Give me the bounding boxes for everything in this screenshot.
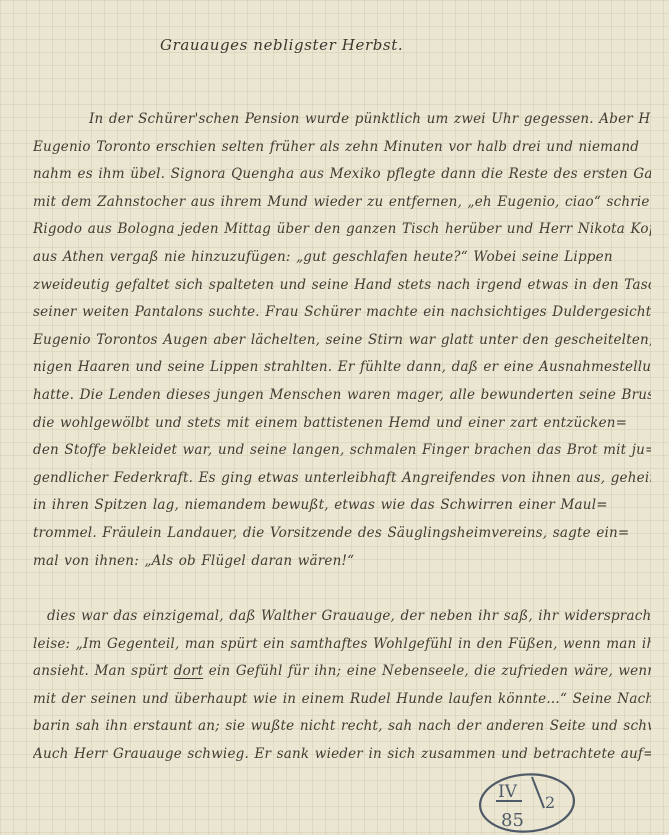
- archive-stamp-circle-icon: IV 2 85: [476, 772, 578, 835]
- manuscript-line: die wohlgewölbt und stets mit einem batt…: [33, 410, 651, 438]
- stamp-numerator: IV: [498, 782, 518, 802]
- manuscript-line: barin sah ihn erstaunt an; sie wußte nic…: [33, 713, 651, 741]
- manuscript-line: Eugenio Torontos Augen aber lächelten, s…: [33, 327, 651, 355]
- manuscript-line: Rigodo aus Bologna jeden Mittag über den…: [33, 216, 651, 244]
- manuscript-line: den Stoffe bekleidet war, und seine lang…: [33, 437, 651, 465]
- manuscript-line: In der Schürer'schen Pension wurde pünkt…: [33, 106, 651, 134]
- manuscript-line: ansieht. Man spürt dort ein Gefühl für i…: [33, 658, 651, 686]
- manuscript-line: aus Athen vergaß nie hinzuzufügen: „gut …: [33, 244, 651, 272]
- manuscript-line: mit dem Zahnstocher aus ihrem Mund wiede…: [33, 189, 651, 217]
- manuscript-line: nigen Haaren und seine Lippen strahlten.…: [33, 354, 651, 382]
- manuscript-line: zweideutig gefaltet sich spalteten und s…: [33, 272, 651, 300]
- manuscript-line: seiner weiten Pantalons suchte. Frau Sch…: [33, 299, 651, 327]
- manuscript-line: trommel. Fräulein Landauer, die Vorsitze…: [33, 520, 651, 548]
- stamp-denominator: 2: [545, 793, 555, 812]
- manuscript-line: Auch Herr Grauauge schwieg. Er sank wied…: [33, 741, 651, 769]
- manuscript-line: nahm es ihm übel. Signora Quengha aus Me…: [33, 161, 651, 189]
- manuscript-line: Eugenio Toronto erschien selten früher a…: [33, 134, 651, 162]
- paragraph: In der Schürer'schen Pension wurde pünkt…: [33, 106, 651, 575]
- paragraph: dies war das einzigemal, daß Walther Gra…: [33, 603, 651, 769]
- archive-stamp: IV 2 85: [476, 772, 578, 835]
- manuscript-line: gendlicher Federkraft. Es ging etwas unt…: [33, 465, 651, 493]
- manuscript-title: Grauauges nebligster Herbst.: [0, 0, 669, 54]
- manuscript-line: leise: „Im Gegenteil, man spürt ein samt…: [33, 631, 651, 659]
- manuscript-line: mit der seinen und überhaupt wie in eine…: [33, 686, 651, 714]
- stamp-bottom-number: 85: [501, 810, 524, 831]
- manuscript-line: mal von ihnen: „Als ob Flügel daran wäre…: [33, 548, 651, 576]
- manuscript-line: dies war das einzigemal, daß Walther Gra…: [33, 603, 651, 631]
- manuscript-page: Grauauges nebligster Herbst. In der Schü…: [0, 0, 669, 835]
- manuscript-line: in ihren Spitzen lag, niemandem bewußt, …: [33, 492, 651, 520]
- manuscript-line: hatte. Die Lenden dieses jungen Menschen…: [33, 382, 651, 410]
- manuscript-body: In der Schürer'schen Pension wurde pünkt…: [0, 106, 669, 769]
